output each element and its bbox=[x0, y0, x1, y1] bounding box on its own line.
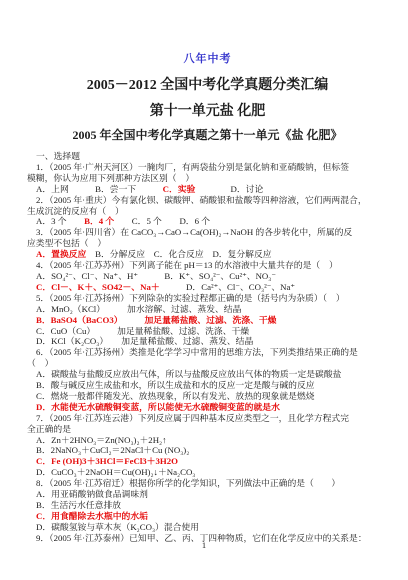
document-line: D．CuCO₃＋2NaOH＝Cu(OH)₂↓＋Na₂CO₃ bbox=[27, 467, 388, 478]
document-line: 8．（2005 年·江苏宿迁）根据你所学的化学知识，下列做法中正确的是（ ） bbox=[27, 478, 388, 489]
text-segment: 一、选择题 bbox=[36, 151, 80, 161]
document-line: 应类型不包括（ ） bbox=[27, 238, 388, 249]
text-segment: 4．（2005 年·江苏苏州）下列离子能在 pH＝13 的水溶液中大量共存的是（… bbox=[36, 260, 338, 270]
text-segment: 6．（2005 年·江苏扬州）类推是化学学习中常用的思维方法，下列类推结果正确的… bbox=[36, 347, 358, 357]
document-line: D．碳酸氢铵与草木灰（K₂CO₃）混合使用 bbox=[27, 522, 388, 533]
document-line: A．SO₄²⁻、Cl⁻、Na⁺、H⁺ B．K⁺、SO₄²⁻、Cu²⁺、NO₃⁻ bbox=[27, 271, 388, 282]
unit-title: 第十一单元盐 化肥 bbox=[27, 100, 388, 120]
document-line: C．Cl－、K＋、SO42－、Na＋ D．Ca²⁺、Cl⁻、CO₃²⁻、Na⁺ bbox=[27, 282, 388, 293]
document-line: 一、选择题 bbox=[27, 151, 388, 162]
document-line: C．CuO（Cu） 加足量稀盐酸、过滤、洗涤、干燥 bbox=[27, 326, 388, 337]
document-line: A．Zn＋2HNO₃＝Zn(NO₃)₂＋2H₂↑ bbox=[27, 435, 388, 446]
text-segment: B．生活污水任意排放 bbox=[36, 500, 121, 510]
text-segment: A．上网 B．尝一下 bbox=[36, 184, 163, 194]
doc-label: 八年中考 bbox=[27, 50, 388, 66]
document-line: A．用亚硝酸钠做食品调味剂 bbox=[27, 489, 388, 500]
document-line: A．碳酸盐与盐酸反应放出气体，所以与盐酸反应放出气体的物质一定是碳酸盐 bbox=[27, 369, 388, 380]
text-segment: D．CuCO₃＋2NaOH＝Cu(OH)₂↓＋Na₂CO₃ bbox=[36, 467, 195, 477]
text-segment: D．讨论 bbox=[195, 184, 263, 194]
answer-highlight: A．置换反应 bbox=[36, 249, 86, 259]
document-line: C．用食醋除去水瓶中的水垢 bbox=[27, 511, 388, 522]
answer-highlight: B．BaSO4（BaCO3） 加足量稀盐酸、过滤、洗涤、干燥 bbox=[36, 315, 276, 325]
answer-highlight: C．Fe (OH)3＋3HCl＝FeCl3＋3H2O bbox=[36, 456, 178, 466]
document-line: 生成沉淀的反应有（ ） bbox=[27, 206, 388, 217]
text-segment: A．3 个 bbox=[36, 216, 84, 226]
text-segment: 8．（2005 年·江苏宿迁）根据你所学的化学知识，下列做法中正确的是（ ） bbox=[36, 478, 340, 488]
text-segment: 全正确的是 bbox=[27, 424, 71, 434]
document-line: 4．（2005 年·江苏苏州）下列离子能在 pH＝13 的水溶液中大量共存的是（… bbox=[27, 260, 388, 271]
text-segment: 模糊，你认为应用下列那种方法区别（ ） bbox=[27, 173, 194, 183]
document-line: A．上网 B．尝一下 C．实验 D．讨论 bbox=[27, 184, 388, 195]
document-page: 八年中考 2005－2012 全国中考化学真题分类汇编 第十一单元盐 化肥 20… bbox=[0, 0, 408, 580]
text-segment: （ ） bbox=[27, 358, 53, 368]
document-line: B．生活污水任意排放 bbox=[27, 500, 388, 511]
document-line: （ ） bbox=[27, 358, 388, 369]
text-segment: B．分解反应 C．化合反应 D．复分解反应 bbox=[86, 249, 271, 259]
text-segment: A．碳酸盐与盐酸反应放出气体，所以与盐酸反应放出气体的物质一定是碳酸盐 bbox=[36, 369, 341, 379]
text-segment: D．碳酸氢铵与草木灰（K₂CO₃）混合使用 bbox=[36, 522, 199, 532]
document-content: 八年中考 2005－2012 全国中考化学真题分类汇编 第十一单元盐 化肥 20… bbox=[0, 0, 408, 544]
text-segment: A．SO₄²⁻、Cl⁻、Na⁺、H⁺ B．K⁺、SO₄²⁻、Cu²⁺、NO₃⁻ bbox=[36, 271, 276, 281]
text-segment: C．5 个 D．6 个 bbox=[114, 216, 210, 226]
answer-highlight: C．实验 bbox=[163, 184, 196, 194]
document-body: 一、选择题1．（2005 年·广州天河区）一腌肉厂，有两袋盐分别是氯化钠和亚硝酸… bbox=[27, 151, 388, 544]
document-line: 6．（2005 年·江苏扬州）类推是化学学习中常用的思维方法，下列类推结果正确的… bbox=[27, 347, 388, 358]
document-line: D．KCl（K₂CO₃） 加足量稀盐酸、过滤、蒸发、结晶 bbox=[27, 336, 388, 347]
text-segment: D．KCl（K₂CO₃） 加足量稀盐酸、过滤、蒸发、结晶 bbox=[36, 336, 253, 346]
text-segment: D．Ca²⁺、Cl⁻、CO₃²⁻、Na⁺ bbox=[160, 282, 295, 292]
answer-highlight: C．用食醋除去水瓶中的水垢 bbox=[36, 511, 148, 521]
document-line: A．置换反应 B．分解反应 C．化合反应 D．复分解反应 bbox=[27, 249, 388, 260]
text-segment: A．用亚硝酸钠做食品调味剂 bbox=[36, 489, 148, 499]
document-line: A．3 个 B．4 个 C．5 个 D．6 个 bbox=[27, 216, 388, 227]
text-segment: B．2NaNO₃＋CuCl₂＝2NaCl＋Cu (NO₃)₂ bbox=[36, 445, 189, 455]
document-line: 模糊，你认为应用下列那种方法区别（ ） bbox=[27, 173, 388, 184]
section-title: 2005 年全国中考化学真题之第十一单元《盐 化肥》 bbox=[27, 126, 388, 143]
document-line: 1．（2005 年·广州天河区）一腌肉厂，有两袋盐分别是氯化钠和亚硝酸钠，但标签 bbox=[27, 162, 388, 173]
document-line: D．水能使无水硫酸铜变蓝，所以能使无水硫酸铜变蓝的就是水 bbox=[27, 402, 388, 413]
document-line: C．Fe (OH)3＋3HCl＝FeCl3＋3H2O bbox=[27, 456, 388, 467]
text-segment: 生成沉淀的反应有（ ） bbox=[27, 206, 124, 216]
text-segment: 应类型不包括（ ） bbox=[27, 238, 106, 248]
document-line: B．酸与碱反应生成盐和水，所以生成盐和水的反应一定是酸与碱的反应 bbox=[27, 380, 388, 391]
text-segment: 2．（2005 年·重庆）今有氯化钡、碳酸钾、硝酸银和盐酸等四种溶液，它们两两混… bbox=[36, 195, 367, 205]
main-title: 2005－2012 全国中考化学真题分类汇编 bbox=[27, 74, 388, 94]
document-line: B．2NaNO₃＋CuCl₂＝2NaCl＋Cu (NO₃)₂ bbox=[27, 445, 388, 456]
text-segment: C．CuO（Cu） 加足量稀盐酸、过滤、洗涤、干燥 bbox=[36, 326, 249, 336]
text-segment: A．MnO₂（KCl） 加水溶解、过滤、蒸发、结晶 bbox=[36, 304, 241, 314]
document-line: B．BaSO4（BaCO3） 加足量稀盐酸、过滤、洗涤、干燥 bbox=[27, 315, 388, 326]
document-line: C．燃烧一般都伴随发光、放热现象，所以有发光、放热的现象就是燃烧 bbox=[27, 391, 388, 402]
answer-highlight: D．水能使无水硫酸铜变蓝，所以能使无水硫酸铜变蓝的就是水 bbox=[36, 402, 280, 412]
text-segment: A．Zn＋2HNO₃＝Zn(NO₃)₂＋2H₂↑ bbox=[36, 435, 167, 445]
document-line: 全正确的是 bbox=[27, 424, 388, 435]
document-line: 3．（2005 年·四川省）在 CaCO₃→CaO→Ca(OH)₂→NaOH 的… bbox=[27, 227, 388, 238]
text-segment: 1．（2005 年·广州天河区）一腌肉厂，有两袋盐分别是氯化钠和亚硝酸钠，但标签 bbox=[36, 162, 349, 172]
document-line: A．MnO₂（KCl） 加水溶解、过滤、蒸发、结晶 bbox=[27, 304, 388, 315]
answer-highlight: B．4 个 bbox=[84, 216, 114, 226]
document-line: 5．（2005 年·江苏扬州）下列除杂的实验过程都正确的是（括号内为杂质）（ ） bbox=[27, 293, 388, 304]
text-segment: 5．（2005 年·江苏扬州）下列除杂的实验过程都正确的是（括号内为杂质）（ ） bbox=[36, 293, 345, 303]
text-segment: 7．（2005 年·江苏连云港）下列反应属于四种基本反应类型之一，且化学方程式完 bbox=[36, 413, 349, 423]
text-segment: B．酸与碱反应生成盐和水，所以生成盐和水的反应一定是酸与碱的反应 bbox=[36, 380, 315, 390]
text-segment: C．燃烧一般都伴随发光、放热现象，所以有发光、放热的现象就是燃烧 bbox=[36, 391, 315, 401]
text-segment: 3．（2005 年·四川省）在 CaCO₃→CaO→Ca(OH)₂→NaOH 的… bbox=[36, 227, 352, 237]
document-line: 2．（2005 年·重庆）今有氯化钡、碳酸钾、硝酸银和盐酸等四种溶液，它们两两混… bbox=[27, 195, 388, 206]
page-number: 1 bbox=[0, 540, 408, 550]
answer-highlight: C．Cl－、K＋、SO42－、Na＋ bbox=[36, 282, 160, 292]
document-line: 7．（2005 年·江苏连云港）下列反应属于四种基本反应类型之一，且化学方程式完 bbox=[27, 413, 388, 424]
